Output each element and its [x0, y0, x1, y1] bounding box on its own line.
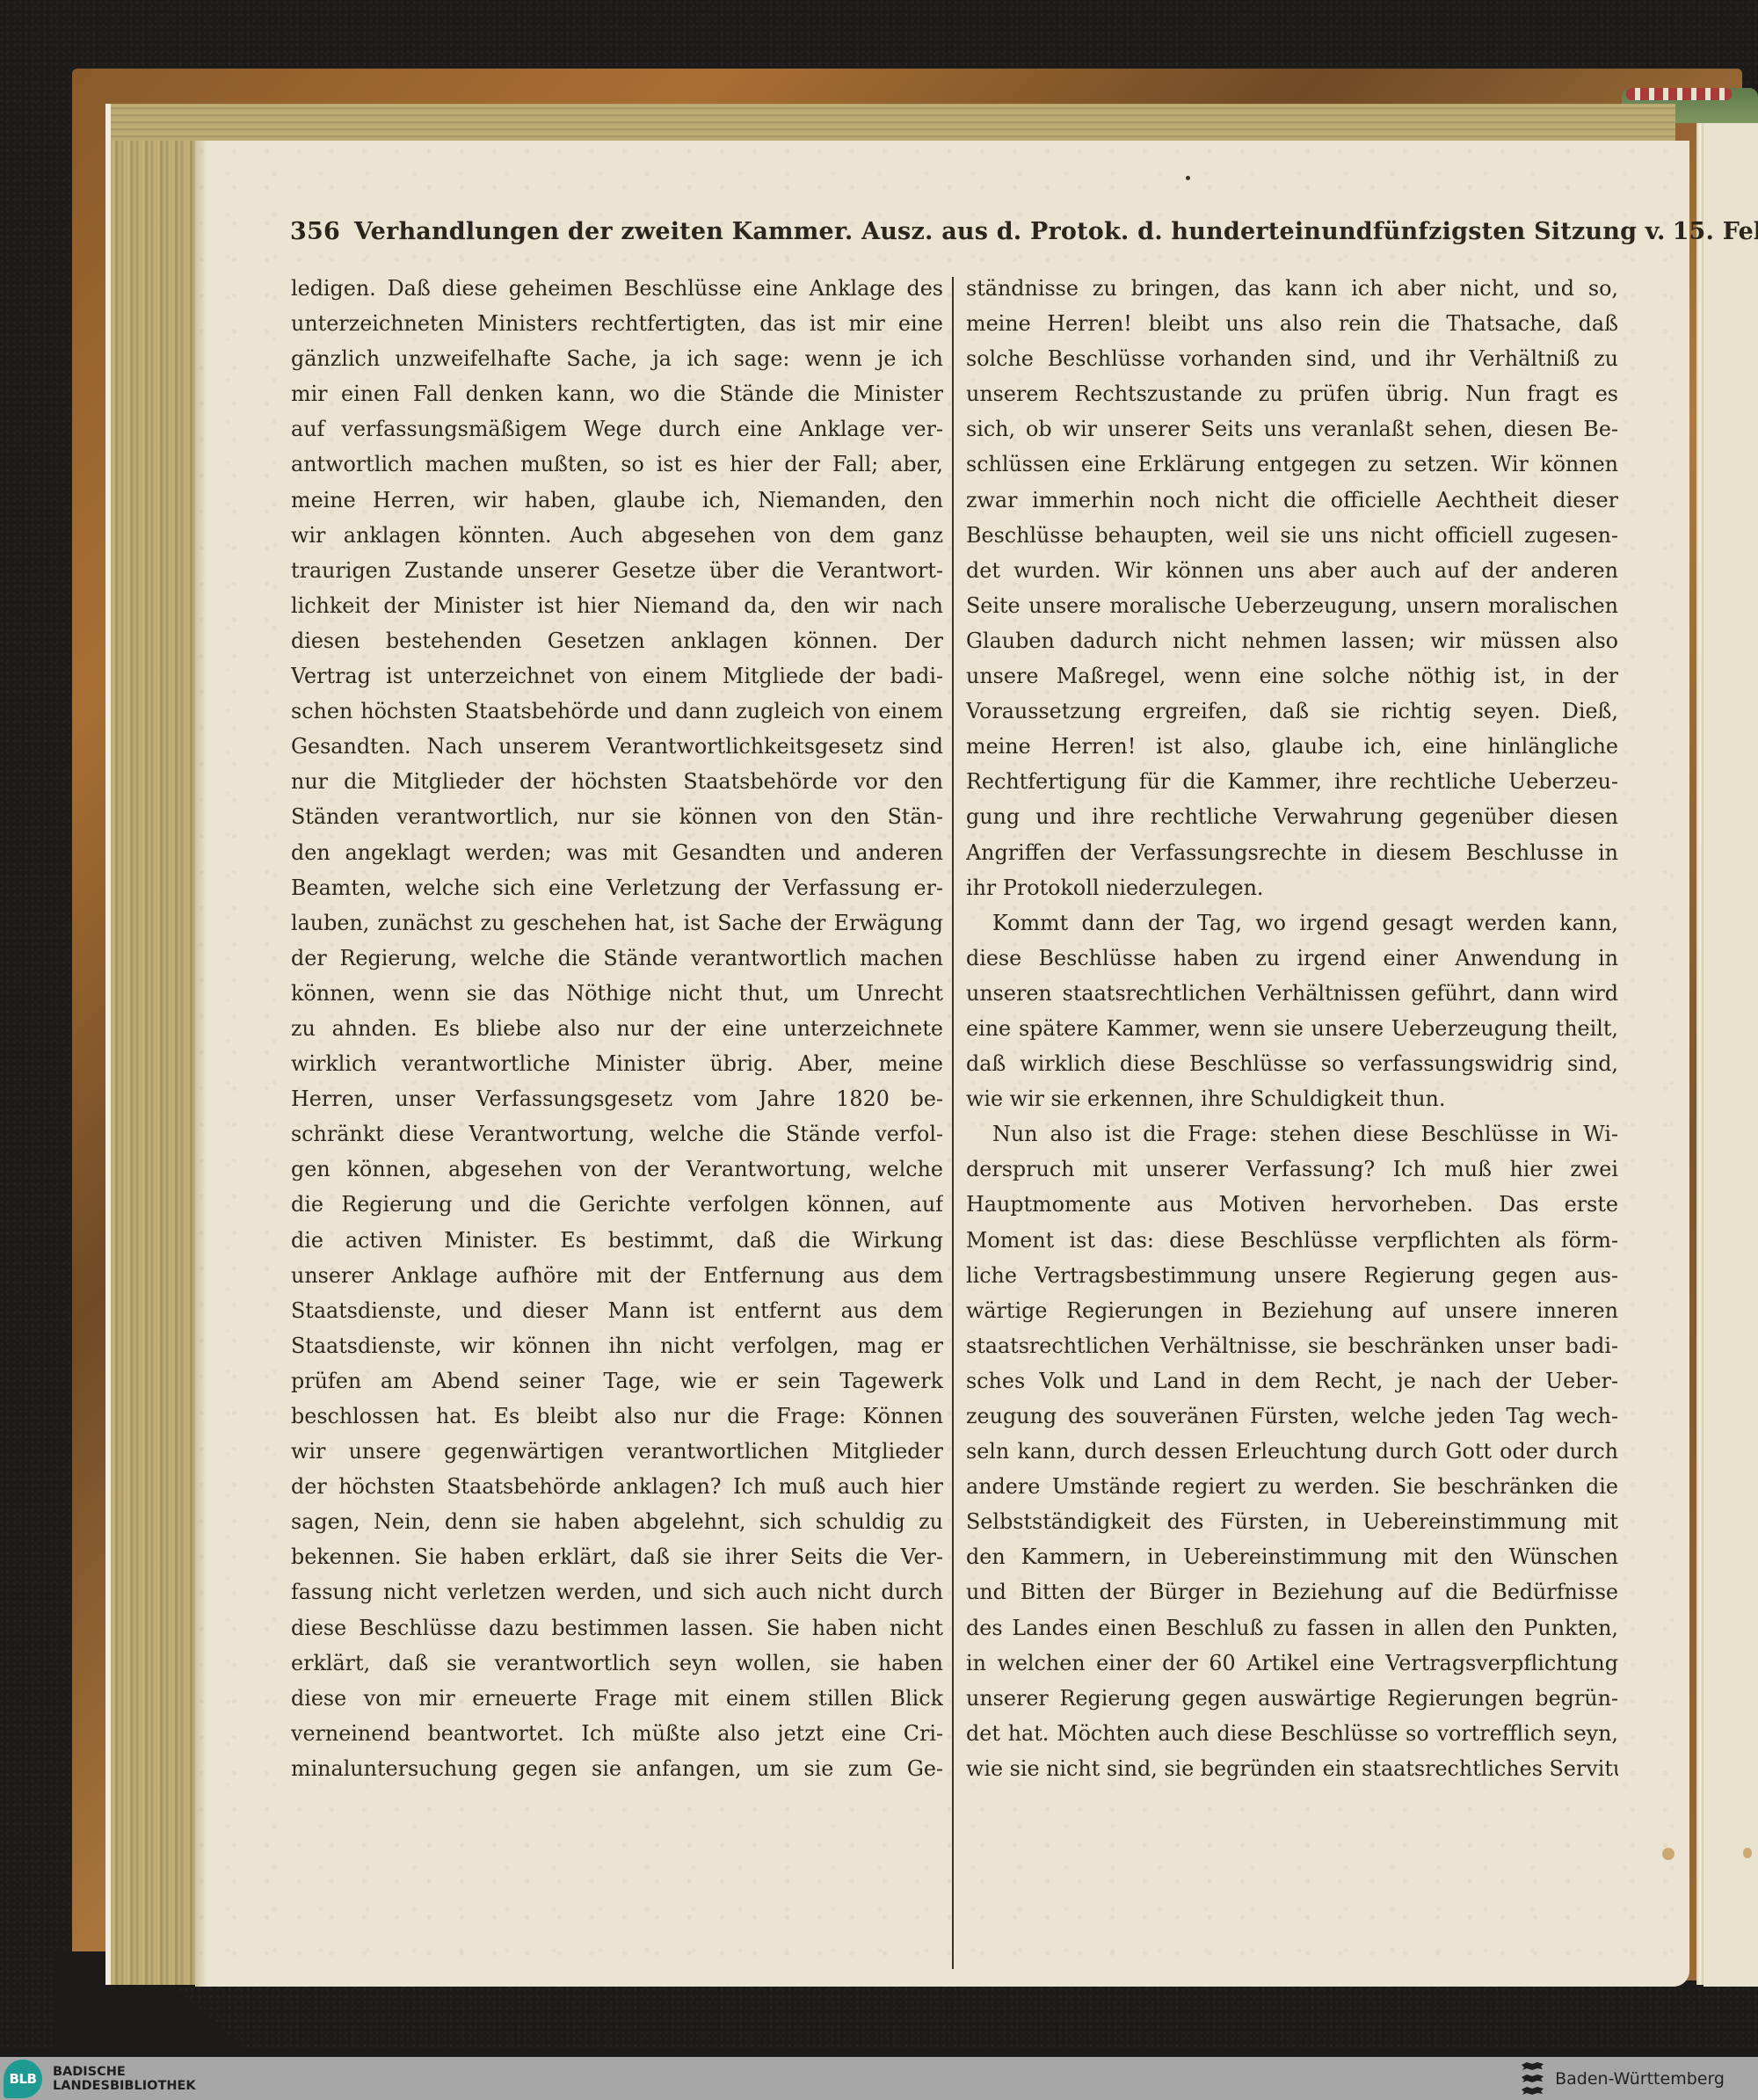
blb-line1: BADISCHE	[53, 2065, 196, 2079]
text-line: Beamten, welche sich eine Verletzung der…	[291, 870, 943, 905]
text-line: Gesandten. Nach unserem Verantwortlichke…	[291, 729, 943, 764]
text-line: staatsrechtlichen Verhältnisse, sie besc…	[966, 1328, 1618, 1363]
text-line: diese Beschlüsse haben zu irgend einer A…	[966, 941, 1618, 976]
text-line: zwar immerhin noch nicht die officielle …	[966, 483, 1618, 518]
text-line: Selbstständigkeit des Fürsten, in Uebere…	[966, 1504, 1618, 1539]
headband-stitching	[1626, 88, 1732, 100]
text-line: die Regierung und die Gerichte verfolgen…	[291, 1187, 943, 1222]
text-line: wärtige Regierungen in Beziehung auf uns…	[966, 1293, 1618, 1328]
text-line: meine Herren! bleibt uns also rein die T…	[966, 306, 1618, 341]
text-line: der höchsten Staatsbehörde anklagen? Ich…	[291, 1469, 943, 1504]
footer-bar: BLB BADISCHE LANDESBIBLIOTHEK Baden-Würt…	[0, 2057, 1758, 2100]
text-line: wir unsere gegenwärtigen verantwortliche…	[291, 1434, 943, 1469]
text-line: wir anklagen könnten. Auch abgesehen von…	[291, 518, 943, 553]
text-line: seln kann, durch dessen Erleuchtung durc…	[966, 1434, 1618, 1469]
page-top-edge	[111, 104, 1675, 141]
text-line: unserer Anklage aufhöre mit der Entfernu…	[291, 1258, 943, 1293]
header-date: 15. Febr. 1845.	[1673, 218, 1758, 245]
text-line: solche Beschlüsse vorhanden sind, und ih…	[966, 341, 1618, 376]
text-line: ständnisse zu bringen, das kann ich aber…	[966, 271, 1618, 306]
text-line: Seite unsere moralische Ueberzeugung, un…	[966, 588, 1618, 623]
text-line: auf verfassungsmäßigem Wege durch eine A…	[291, 411, 943, 447]
text-line: fassung nicht verletzen werden, und sich…	[291, 1574, 943, 1610]
text-line: unserer Regierung gegen auswärtige Regie…	[966, 1681, 1618, 1716]
text-line: Vertrag ist unterzeichnet von einem Mitg…	[291, 658, 943, 694]
text-line: Herren, unser Verfassungsgesetz vom Jahr…	[291, 1081, 943, 1116]
page-fore-edge	[105, 104, 207, 1985]
text-line: daß wirklich diese Beschlüsse so verfass…	[966, 1046, 1618, 1081]
column-divider	[952, 277, 954, 1969]
text-line: wie wir sie erkennen, ihre Schuldigkeit …	[966, 1081, 1618, 1116]
text-line: wie sie nicht sind, sie begründen ein st…	[966, 1751, 1618, 1786]
text-line: sagen, Nein, denn sie haben abgelehnt, s…	[291, 1504, 943, 1539]
text-line: erklärt, daß sie verantwortlich seyn wol…	[291, 1646, 943, 1681]
text-line: liche Vertragsbestimmung unsere Regierun…	[966, 1258, 1618, 1293]
text-line: schränkt diese Verantwortung, welche die…	[291, 1116, 943, 1152]
three-lions-coat-of-arms-icon	[1520, 2060, 1546, 2098]
bw-wordmark: Baden-Württemberg	[1555, 2069, 1725, 2089]
text-line: zeugung des souveränen Fürsten, welche j…	[966, 1399, 1618, 1434]
text-line: gänzlich unzweifelhafte Sache, ja ich sa…	[291, 341, 943, 376]
text-line: der Regierung, welche die Stände verantw…	[291, 941, 943, 976]
text-line: Staatsdienste, und dieser Mann ist entfe…	[291, 1293, 943, 1328]
text-line: diesen bestehenden Gesetzen anklagen kön…	[291, 623, 943, 658]
book-gutter	[1696, 123, 1704, 1985]
text-line: traurigen Zustande unserer Gesetze über …	[291, 553, 943, 588]
text-line: bekennen. Sie haben erklärt, daß sie ihr…	[291, 1539, 943, 1574]
paper-stain	[1662, 1848, 1674, 1860]
text-line: ledigen. Daß diese geheimen Beschlüsse e…	[291, 271, 943, 306]
text-line: det wurden. Wir können uns aber auch auf…	[966, 553, 1618, 588]
text-line: den Kammern, in Uebereinstimmung mit den…	[966, 1539, 1618, 1574]
text-line: Voraussetzung ergreifen, daß sie richtig…	[966, 694, 1618, 729]
text-line: lichkeit der Minister ist hier Niemand d…	[291, 588, 943, 623]
text-line: eine spätere Kammer, wenn sie unsere Ueb…	[966, 1011, 1618, 1046]
blb-badge-icon: BLB	[4, 2060, 42, 2098]
blb-line2: LANDESBIBLIOTHEK	[53, 2079, 196, 2093]
text-line: gung und ihre rechtliche Verwahrung gege…	[966, 799, 1618, 834]
text-line: verneinend beantwortet. Ich müßte also j…	[291, 1716, 943, 1751]
text-line: können, wenn sie das Nöthige nicht thut,…	[291, 976, 943, 1011]
text-line: in welchen einer der 60 Artikel eine Ver…	[966, 1646, 1618, 1681]
header-title: Verhandlungen der zweiten Kammer. Ausz. …	[354, 218, 1666, 245]
text-line: unserem Rechtszustande zu prüfen übrig. …	[966, 376, 1618, 411]
text-line: unsere Maßregel, wenn eine solche nöthig…	[966, 658, 1618, 694]
page-number: 356	[290, 218, 340, 245]
text-line: schen höchsten Staatsbehörde und dann zu…	[291, 694, 943, 729]
text-line: Glauben dadurch nicht nehmen lassen; wir…	[966, 623, 1618, 658]
text-line: Angriffen der Verfassungsrechte in diese…	[966, 835, 1618, 870]
text-line: die activen Minister. Es bestimmt, daß d…	[291, 1223, 943, 1258]
text-line: sich, ob wir unserer Seits uns veranlaßt…	[966, 411, 1618, 447]
text-line: prüfen am Abend seiner Tage, wie er sein…	[291, 1363, 943, 1399]
text-line: gen können, abgesehen von der Verantwort…	[291, 1152, 943, 1187]
text-line: meine Herren! ist also, glaube ich, eine…	[966, 729, 1618, 764]
text-line: den angeklagt werden; was mit Gesandten …	[291, 835, 943, 870]
text-line: sches Volk und Land in dem Recht, je nac…	[966, 1363, 1618, 1399]
running-header: 356 Verhandlungen der zweiten Kammer. Au…	[290, 218, 1613, 253]
text-line: unseren staatsrechtlichen Verhältnissen …	[966, 976, 1618, 1011]
text-line: beschlossen hat. Es bleibt also nur die …	[291, 1399, 943, 1434]
text-line: schlüssen eine Erklärung entgegen zu set…	[966, 447, 1618, 482]
text-line: Moment ist das: diese Beschlüsse verpfli…	[966, 1223, 1618, 1258]
text-line: nur die Mitglieder der höchsten Staatsbe…	[291, 764, 943, 799]
text-line: mir einen Fall denken kann, wo die Ständ…	[291, 376, 943, 411]
text-line: andere Umstände regiert zu werden. Sie b…	[966, 1469, 1618, 1504]
printer-mark	[1186, 176, 1190, 180]
text-line: diese von mir erneuerte Frage mit einem …	[291, 1681, 943, 1716]
text-line: minaluntersuchung gegen sie anfangen, um…	[291, 1751, 943, 1786]
text-line: des Landes einen Beschluß zu fassen in a…	[966, 1610, 1618, 1646]
blb-logo[interactable]: BLB BADISCHE LANDESBIBLIOTHEK	[4, 2060, 196, 2098]
text-line: derspruch mit unserer Verfassung? Ich mu…	[966, 1152, 1618, 1187]
text-line: Ständen verantwortlich, nur sie können v…	[291, 799, 943, 834]
text-line: Staatsdienste, wir können ihn nicht verf…	[291, 1328, 943, 1363]
text-line: lauben, zunächst zu geschehen hat, ist S…	[291, 905, 943, 941]
text-line: Kommt dann der Tag, wo irgend gesagt wer…	[966, 905, 1618, 941]
text-line: wirklich verantwortliche Minister übrig.…	[291, 1046, 943, 1081]
text-line: antwortlich machen mußten, so ist es hie…	[291, 447, 943, 482]
text-line: Beschlüsse behaupten, weil sie uns nicht…	[966, 518, 1618, 553]
text-line: und Bitten der Bürger in Beziehung auf d…	[966, 1574, 1618, 1610]
text-line: zu ahnden. Es bliebe also nur der eine u…	[291, 1011, 943, 1046]
baden-wuerttemberg-logo[interactable]: Baden-Württemberg	[1520, 2060, 1725, 2098]
blb-wordmark: BADISCHE LANDESBIBLIOTHEK	[53, 2065, 196, 2093]
text-line: meine Herren, wir haben, glaube ich, Nie…	[291, 483, 943, 518]
text-line: unterzeichneten Ministers rechtfertigten…	[291, 306, 943, 341]
page-edge-shadow	[195, 141, 207, 1987]
paper-stain	[1743, 1848, 1752, 1858]
facing-page-sliver	[1704, 123, 1758, 1987]
text-line: Nun also ist die Frage: stehen diese Bes…	[966, 1116, 1618, 1152]
text-line: diese Beschlüsse dazu bestimmen lassen. …	[291, 1610, 943, 1646]
text-line: Rechtfertigung für die Kammer, ihre rech…	[966, 764, 1618, 799]
text-line: Hauptmomente aus Motiven hervorheben. Da…	[966, 1187, 1618, 1222]
text-column-left: ledigen. Daß diese geheimen Beschlüsse e…	[291, 271, 943, 1786]
text-line: det hat. Möchten auch diese Beschlüsse s…	[966, 1716, 1618, 1751]
text-line: ihr Protokoll niederzulegen.	[966, 870, 1618, 905]
text-column-right: ständnisse zu bringen, das kann ich aber…	[966, 271, 1618, 1786]
